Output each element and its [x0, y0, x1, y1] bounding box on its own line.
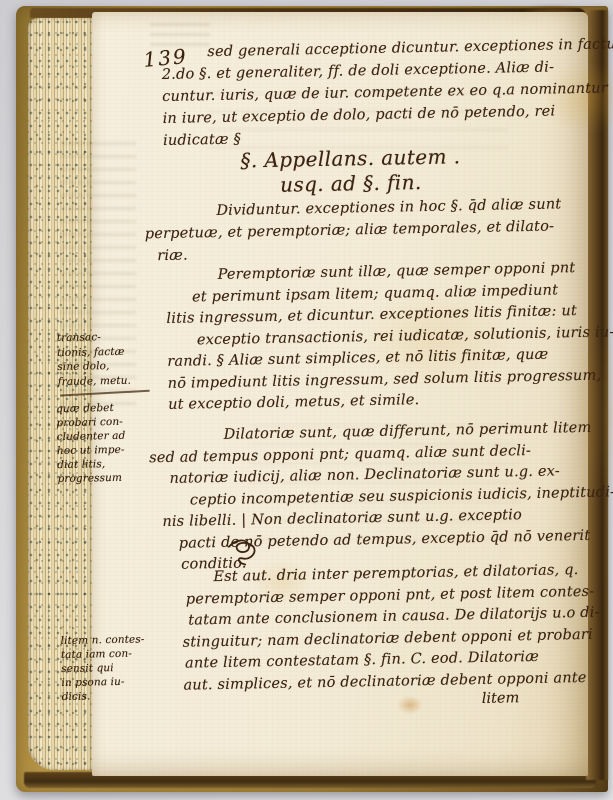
margin-note: transac- tionis, factæ sine dolo, fraude… [57, 330, 131, 389]
margin-note-line: tionis, factæ [57, 344, 131, 360]
margin-note-line: hoc ut impe- [57, 443, 126, 458]
margin-note: litem n. contes- tata iam con- sensit qu… [60, 632, 145, 704]
manuscript-text-layer: 139 sed generali acceptione dicuntur. ex… [0, 0, 613, 800]
margin-note-line: sine dolo, [57, 359, 131, 375]
margin-note-underline [60, 390, 150, 396]
margin-note-line: dicis. [62, 688, 146, 704]
margin-note-line: litem n. contes- [60, 632, 144, 648]
margin-note-line: progressum [57, 471, 126, 486]
margin-note-line: diat litis, [57, 457, 126, 472]
paragraph: Dividuntur. exceptiones in hoc §. q̄d al… [164, 193, 577, 267]
margin-note-line: quæ debet [56, 401, 125, 416]
paragraph: Peremptoriæ sunt illæ, quæ semper opponi… [165, 258, 572, 416]
paragraph: sed generali acceptione dicuntur. except… [161, 34, 565, 152]
margin-note-line: probari con- [56, 415, 125, 430]
margin-note-line: transac- [57, 330, 131, 346]
margin-note: quæ debet probari con- cludenter ad hoc … [56, 401, 126, 486]
photograph-of-manuscript: 139 sed generali acceptione dicuntur. ex… [0, 0, 613, 800]
catchword: litem [482, 690, 520, 707]
margin-note-line: cludenter ad [57, 429, 126, 444]
section-heading: §. Appellans. autem . usq. ad §. fin. [185, 143, 516, 199]
paragraph: Est aut. dria inter peremptorias, et dil… [171, 560, 577, 697]
margin-note-line: fraude, metu. [58, 373, 132, 389]
